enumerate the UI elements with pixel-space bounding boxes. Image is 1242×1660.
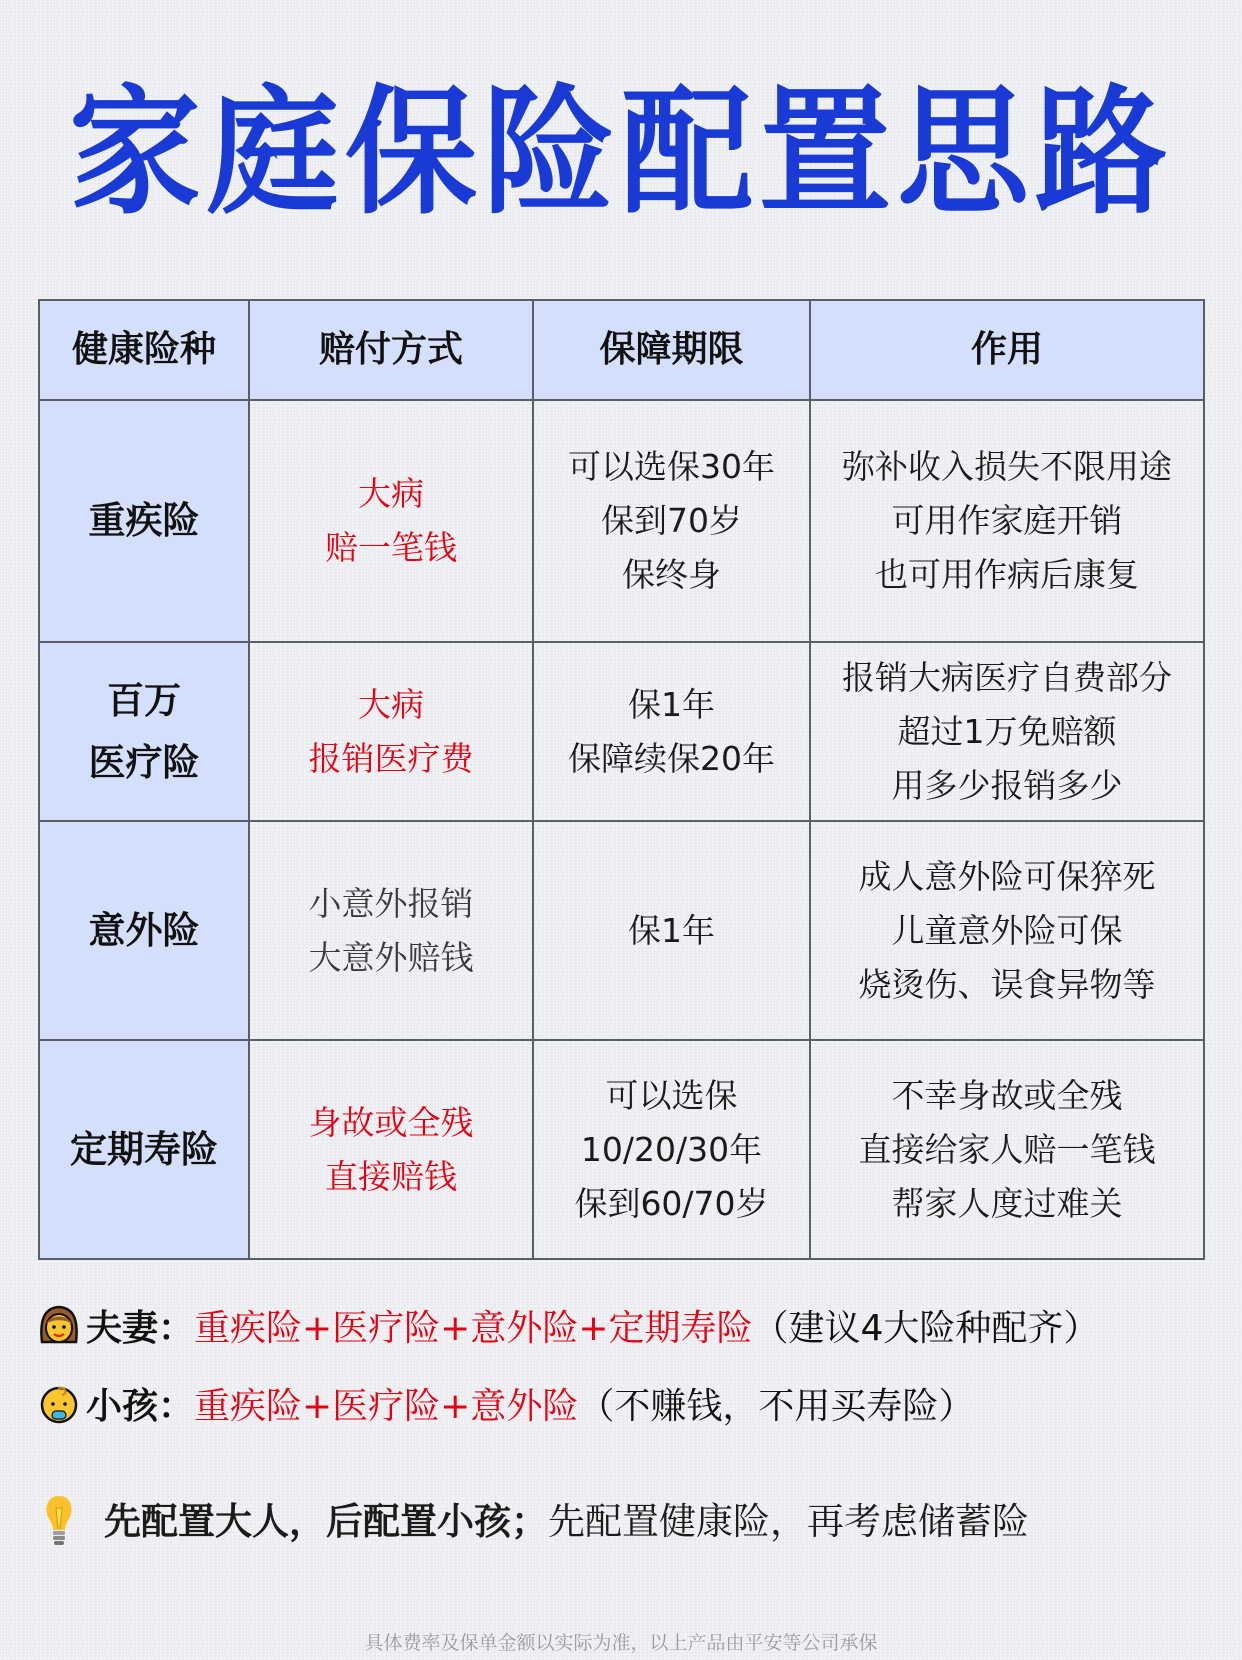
insurance-type-cell: 意外险	[39, 821, 249, 1040]
page-title: 家庭保险配置思路	[0, 74, 1242, 232]
table-row: 百万 医疗险 大病 报销医疗费 保1年 保障续保20年 报销大病医疗自费部分 超…	[39, 642, 1204, 821]
child-plan: 重疾险+医疗险+意外险	[194, 1386, 578, 1427]
effect-cell: 成人意外险可保猝死 儿童意外险可保 烧烫伤、误食异物等	[810, 821, 1204, 1040]
effect-line: 超过1万免赔额	[811, 705, 1203, 759]
header-payout: 赔付方式	[249, 300, 533, 400]
child-note: （不赚钱，不用买寿险）	[578, 1386, 974, 1427]
baby-emoji-icon	[36, 1380, 82, 1426]
effect-line: 用多少报销多少	[811, 759, 1203, 813]
term-line: 10/20/30年	[534, 1123, 809, 1177]
tip-normal-text: 先配置健康险，再考虑储蓄险	[548, 1500, 1029, 1543]
table-header-row: 健康险种 赔付方式 保障期限 作用	[39, 300, 1204, 400]
table-row: 意外险 小意外报销 大意外赔钱 保1年 成人意外险可保猝死 儿童意外险可保 烧烫…	[39, 821, 1204, 1040]
payout-line: 身故或全残	[250, 1096, 532, 1150]
payout-line: 大病	[250, 678, 532, 732]
tip-line: 先配置大人，后配置小孩；先配置健康险，再考虑储蓄险	[44, 1494, 1029, 1548]
payout-line: 大意外赔钱	[250, 931, 532, 985]
table-row: 定期寿险 身故或全残 直接赔钱 可以选保 10/20/30年 保到60/70岁 …	[39, 1040, 1204, 1259]
tip-bold-text: 先配置大人，后配置小孩；	[104, 1500, 548, 1543]
disclaimer-footer: 具体费率及保单金额以实际为准，以上产品由平安等公司承保	[0, 1628, 1242, 1655]
table-row: 重疾险 大病 赔一笔钱 可以选保30年 保到70岁 保终身 弥补收入损失不限用途…	[39, 400, 1204, 642]
effect-line: 成人意外险可保猝死	[811, 850, 1203, 904]
effect-line: 弥补收入损失不限用途	[811, 440, 1203, 494]
effect-line: 直接给家人赔一笔钱	[811, 1123, 1203, 1177]
term-cell: 保1年 保障续保20年	[533, 642, 810, 821]
payout-cell: 大病 赔一笔钱	[249, 400, 533, 642]
term-line: 保终身	[534, 548, 809, 602]
insurance-type-cell: 重疾险	[39, 400, 249, 642]
term-cell: 可以选保 10/20/30年 保到60/70岁	[533, 1040, 810, 1259]
term-line: 可以选保	[534, 1069, 809, 1123]
insurance-type-cell: 百万 医疗险	[39, 642, 249, 821]
summary-couple: 夫妻：重疾险+医疗险+意外险+定期寿险（建议4大险种配齐）	[36, 1302, 1099, 1354]
payout-cell: 大病 报销医疗费	[249, 642, 533, 821]
couple-note: （建议4大险种配齐）	[753, 1308, 1100, 1349]
effect-line: 报销大病医疗自费部分	[811, 651, 1203, 705]
child-label: 小孩：	[86, 1386, 194, 1427]
effect-line: 儿童意外险可保	[811, 904, 1203, 958]
header-type: 健康险种	[39, 300, 249, 400]
payout-line: 报销医疗费	[250, 732, 532, 786]
payout-cell: 身故或全残 直接赔钱	[249, 1040, 533, 1259]
term-line: 保到60/70岁	[534, 1177, 809, 1231]
effect-cell: 报销大病医疗自费部分 超过1万免赔额 用多少报销多少	[810, 642, 1204, 821]
payout-line: 赔一笔钱	[250, 521, 532, 575]
payout-line: 直接赔钱	[250, 1150, 532, 1204]
term-line: 保到70岁	[534, 494, 809, 548]
effect-cell: 弥补收入损失不限用途 可用作家庭开销 也可用作病后康复	[810, 400, 1204, 642]
term-line: 保1年	[534, 904, 809, 958]
header-effect: 作用	[810, 300, 1204, 400]
couple-plan: 重疾险+医疗险+意外险+定期寿险	[194, 1308, 753, 1349]
term-line: 保障续保20年	[534, 732, 809, 786]
effect-cell: 不幸身故或全残 直接给家人赔一笔钱 帮家人度过难关	[810, 1040, 1204, 1259]
type-line: 医疗险	[40, 732, 248, 794]
effect-line: 烧烫伤、误食异物等	[811, 958, 1203, 1012]
insurance-table: 健康险种 赔付方式 保障期限 作用 重疾险 大病 赔一笔钱 可以选保30年 保到…	[38, 299, 1205, 1260]
header-term: 保障期限	[533, 300, 810, 400]
type-line: 意外险	[40, 900, 248, 962]
woman-emoji-icon	[36, 1302, 82, 1348]
term-cell: 可以选保30年 保到70岁 保终身	[533, 400, 810, 642]
term-line: 可以选保30年	[534, 440, 809, 494]
insurance-type-cell: 定期寿险	[39, 1040, 249, 1259]
type-line: 定期寿险	[40, 1119, 248, 1181]
payout-line: 大病	[250, 467, 532, 521]
light-bulb-icon	[44, 1494, 74, 1548]
type-line: 重疾险	[40, 490, 248, 552]
payout-line: 小意外报销	[250, 877, 532, 931]
effect-line: 不幸身故或全残	[811, 1069, 1203, 1123]
effect-line: 可用作家庭开销	[811, 494, 1203, 548]
type-line: 百万	[40, 670, 248, 732]
payout-cell: 小意外报销 大意外赔钱	[249, 821, 533, 1040]
term-cell: 保1年	[533, 821, 810, 1040]
couple-label: 夫妻：	[86, 1308, 194, 1349]
effect-line: 帮家人度过难关	[811, 1177, 1203, 1231]
term-line: 保1年	[534, 678, 809, 732]
effect-line: 也可用作病后康复	[811, 548, 1203, 602]
summary-child: 小孩：重疾险+医疗险+意外险（不赚钱，不用买寿险）	[36, 1380, 974, 1432]
